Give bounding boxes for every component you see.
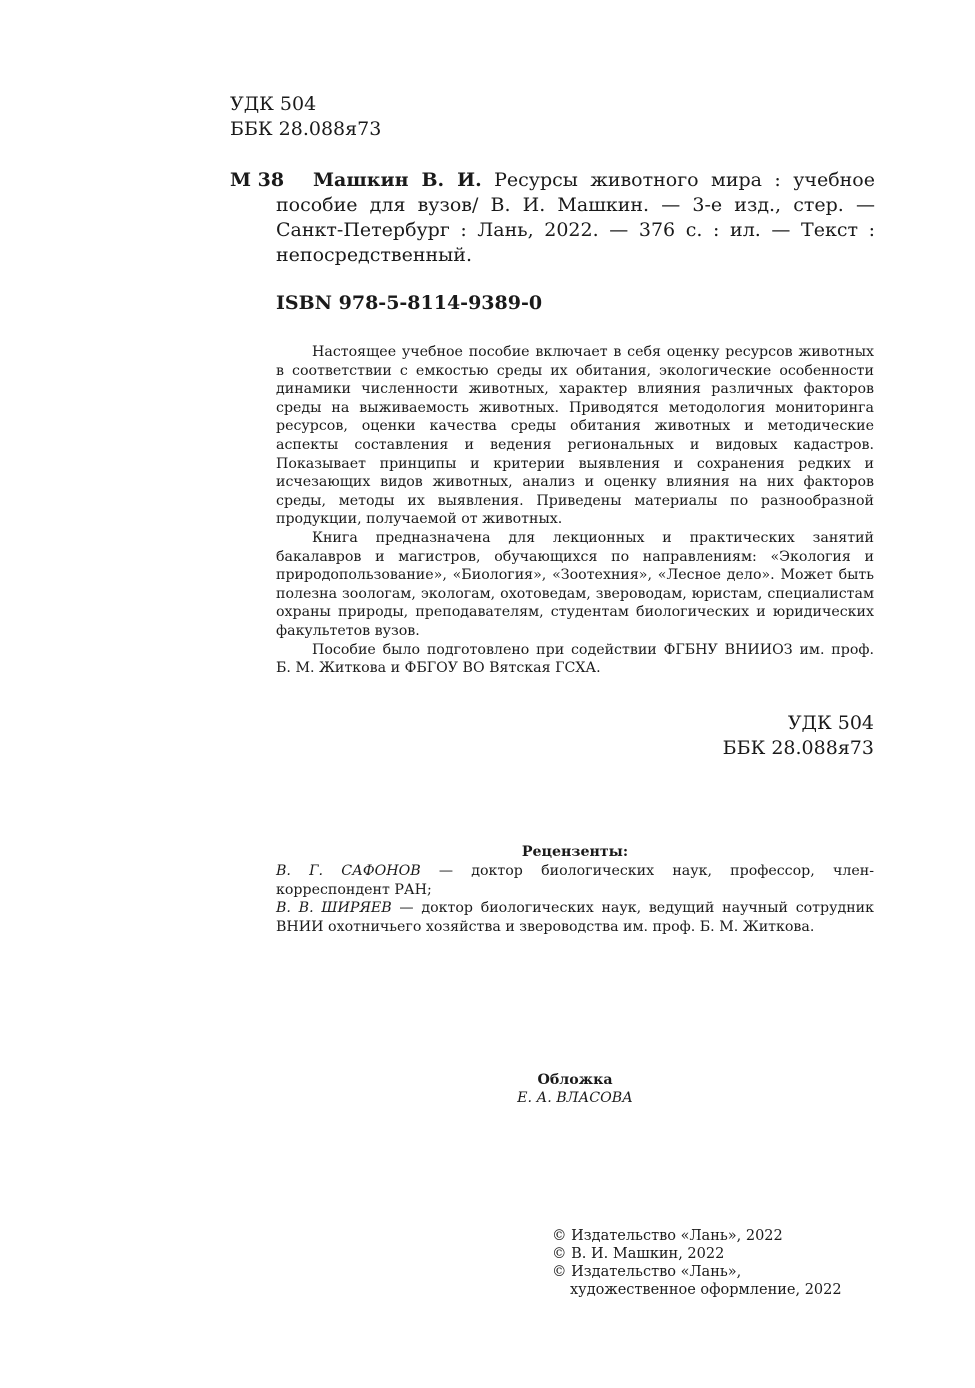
annotation-paragraph: Книга предназначена для лекционных и пра…	[276, 529, 874, 641]
reviewer: В. Г. САФОНОВ — доктор биологических нау…	[276, 862, 874, 900]
bibliographic-description: Машкин В. И. Ресурсы животного мира : уч…	[276, 168, 875, 268]
reviewers: Рецензенты: В. Г. САФОНОВ — доктор биоло…	[276, 843, 874, 937]
udk-code: УДК 504	[700, 711, 874, 736]
annotation: Настоящее учебное пособие включает в себ…	[276, 343, 874, 678]
bbk-code: ББК 28.088я73	[230, 117, 381, 142]
cover-credit: Обложка Е. А. ВЛАСОВА	[276, 1071, 874, 1107]
classification-codes-bottom: УДК 504 ББК 28.088я73	[700, 711, 874, 761]
copyright-line: © В. И. Машкин, 2022	[552, 1245, 842, 1263]
copyright-line: художественное оформление, 2022	[552, 1281, 842, 1299]
classification-codes-top: УДК 504 ББК 28.088я73	[230, 92, 381, 142]
copyright-line: © Издательство «Лань», 2022	[552, 1227, 842, 1245]
annotation-paragraph: Настоящее учебное пособие включает в себ…	[276, 343, 874, 529]
reviewer: В. В. ШИРЯЕВ — доктор биологических наук…	[276, 899, 874, 937]
udk-code: УДК 504	[230, 92, 381, 117]
copyright-block: © Издательство «Лань», 2022 © В. И. Машк…	[552, 1227, 842, 1299]
copyright-line: © Издательство «Лань»,	[552, 1263, 842, 1281]
reviewer-name: В. Г. САФОНОВ	[276, 863, 421, 879]
author-name: Машкин В. И.	[313, 169, 482, 191]
bbk-code: ББК 28.088я73	[700, 736, 874, 761]
cover-heading: Обложка	[276, 1071, 874, 1089]
annotation-paragraph: Пособие было подготовлено при содействии…	[276, 641, 874, 678]
reviewers-heading: Рецензенты:	[276, 843, 874, 862]
reviewer-name: В. В. ШИРЯЕВ	[276, 900, 392, 916]
cover-artist: Е. А. ВЛАСОВА	[276, 1089, 874, 1107]
isbn: ISBN 978-5-8114-9389-0	[276, 292, 542, 314]
